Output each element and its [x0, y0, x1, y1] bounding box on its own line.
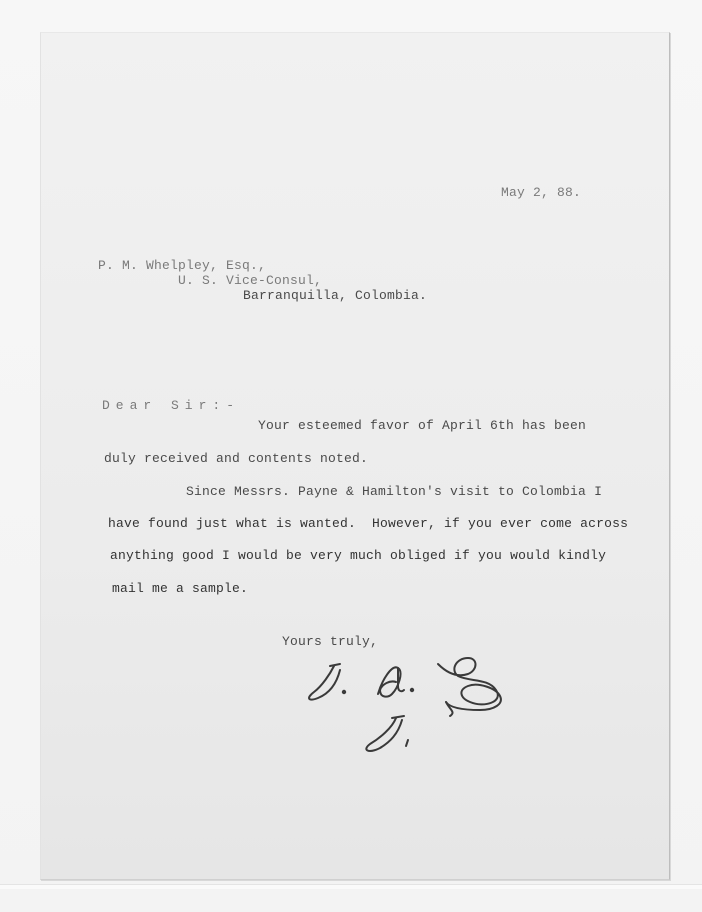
- body-line: have found just what is wanted. However,…: [108, 516, 628, 531]
- scanned-document: May 2, 88. P. M. Whelpley, Esq., U. S. V…: [0, 0, 702, 912]
- body-line: Since Messrs. Payne & Hamilton's visit t…: [186, 484, 602, 499]
- body-line: anything good I would be very much oblig…: [110, 548, 606, 563]
- scan-bottom-edge: [0, 884, 702, 889]
- recipient-name: P. M. Whelpley, Esq.,: [98, 258, 266, 273]
- body-line: Your esteemed favor of April 6th has bee…: [258, 418, 586, 433]
- recipient-title: U. S. Vice-Consul,: [178, 273, 322, 288]
- body-line: mail me a sample.: [112, 581, 248, 596]
- recipient-location: Barranquilla, Colombia.: [243, 288, 427, 303]
- handwritten-signature: [300, 650, 520, 760]
- letter-date: May 2, 88.: [501, 185, 581, 200]
- salutation: Dear Sir:-: [102, 398, 240, 413]
- body-line: duly received and contents noted.: [104, 451, 368, 466]
- closing: Yours truly,: [282, 634, 378, 649]
